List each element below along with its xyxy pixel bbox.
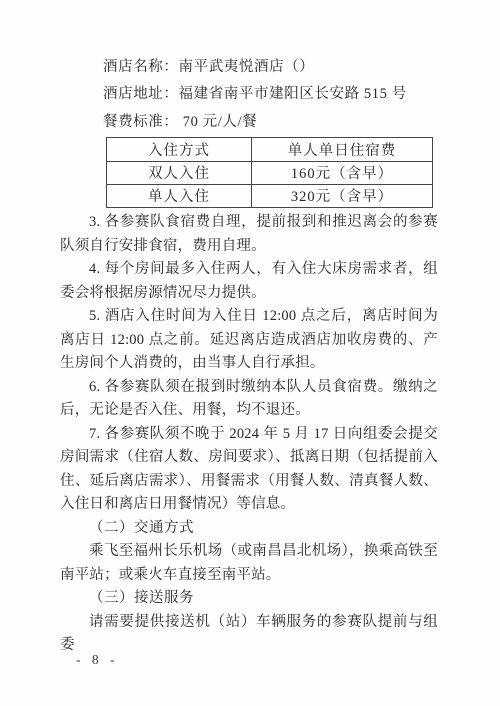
table-cell-price: 160元（含早） bbox=[252, 161, 433, 184]
body-text-block: 3. 各参赛队食宿费自理，提前报到和推迟离会的参赛队须自行安排食宿，费用自理。 … bbox=[60, 211, 438, 658]
table-cell-price: 320元（含早） bbox=[252, 184, 433, 207]
page-number: - 8 - bbox=[76, 652, 119, 668]
hotel-address-line: 酒店地址：福建省南平市建阳区长安路 515 号 bbox=[103, 81, 438, 108]
paragraph-item-7: 7. 各参赛队须不晚于 2024 年 5 月 17 日向组委会提交房间需求（住宿… bbox=[60, 423, 438, 517]
document-page: 酒店名称：南平武夷悦酒店（） 酒店地址：福建省南平市建阳区长安路 515 号 餐… bbox=[0, 0, 500, 706]
section-heading-transport: （二）交通方式 bbox=[60, 517, 438, 541]
paragraph-item-6: 6. 各参赛队须在报到时缴纳本队人员食宿费。缴纳之后，无论是否入住、用餐，均不退… bbox=[60, 376, 438, 423]
paragraph-transport: 乘飞至福州长乐机场（或南昌昌北机场），换乘高铁至南平站；或乘火车直接至南平站。 bbox=[60, 540, 438, 587]
rate-table-header-row: 入住方式 单人单日住宿费 bbox=[107, 138, 433, 161]
hotel-name-line: 酒店名称：南平武夷悦酒店（） bbox=[103, 54, 438, 81]
meal-standard-line: 餐费标准： 70 元/人/餐 bbox=[103, 109, 438, 136]
paragraph-shuttle: 请需要提供接送机（站）车辆服务的参赛队提前与组委 bbox=[60, 611, 438, 658]
page-content: 酒店名称：南平武夷悦酒店（） 酒店地址：福建省南平市建阳区长安路 515 号 餐… bbox=[60, 54, 438, 658]
paragraph-item-3: 3. 各参赛队食宿费自理，提前报到和推迟离会的参赛队须自行安排食宿，费用自理。 bbox=[60, 211, 438, 258]
paragraph-item-5: 5. 酒店入住时间为入住日 12:00 点之后，离店时间为离店日 12:00 点… bbox=[60, 305, 438, 376]
table-row: 双人入住 160元（含早） bbox=[107, 161, 433, 184]
room-rate-table: 入住方式 单人单日住宿费 双人入住 160元（含早） 单人入住 320元（含早） bbox=[106, 137, 433, 208]
paragraph-item-4: 4. 每个房间最多入住两人，有入住大床房需求者，组委会将根据房源情况尽力提供。 bbox=[60, 258, 438, 305]
rate-table-header-method: 入住方式 bbox=[107, 138, 252, 161]
hotel-info-block: 酒店名称：南平武夷悦酒店（） 酒店地址：福建省南平市建阳区长安路 515 号 餐… bbox=[60, 54, 438, 136]
table-cell-method: 双人入住 bbox=[107, 161, 252, 184]
table-row: 单人入住 320元（含早） bbox=[107, 184, 433, 207]
table-cell-method: 单人入住 bbox=[107, 184, 252, 207]
rate-table-header-price: 单人单日住宿费 bbox=[252, 138, 433, 161]
section-heading-shuttle: （三）接送服务 bbox=[60, 587, 438, 611]
